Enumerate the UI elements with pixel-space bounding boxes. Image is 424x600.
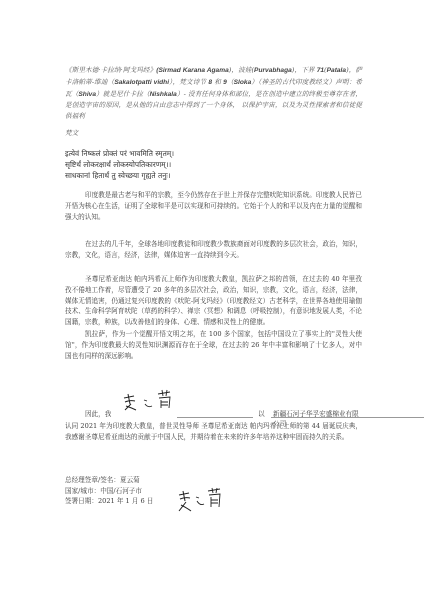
signatory-name: 总经理签章/签名：夏云菊: [65, 475, 153, 486]
verse-line: साधकानां हितार्थं तु स्वेच्छया गृह्यते त…: [65, 171, 325, 182]
citation-text: )，波娃(: [229, 66, 254, 74]
citation-text: )，下界: [292, 66, 317, 74]
scripture-citation: 《斯里木德·卡拉纳·阿戈玛经》(Sirmad Karana Agama)，波娃(…: [65, 65, 362, 122]
company-blank: [271, 417, 424, 418]
citation-text: 和: [212, 78, 223, 86]
latin-term: Purvabhaga: [254, 67, 292, 74]
attestation-line: 因此，我 以 新疆石河子华孚宏盛棉业有限公司: [65, 405, 365, 419]
attestation-connector: 以: [258, 408, 265, 418]
verse-line: सृष्टिर्थं लोकरक्षार्थं लोकस्योपतिकारणम्…: [65, 160, 325, 171]
paragraph-persecution: 在过去的几千年，全球各地印度教徒和印度教少数族裔面对印度教的多层次社会，政治，知…: [65, 239, 362, 261]
letter-page: 《斯里木德·卡拉纳·阿戈玛经》(Sirmad Karana Agama)，波娃(…: [0, 0, 424, 600]
attestation-prefix: 因此，我: [85, 408, 111, 418]
citation-text: 《斯里木德·卡拉纳·阿戈玛经》: [65, 66, 156, 74]
latin-term: Sloka: [234, 79, 252, 86]
latin-term: Nishkala: [150, 91, 177, 98]
signatory-location: 国家/城市：中国/石河子市: [65, 486, 153, 497]
citation-text: ），梵文诗节: [169, 78, 208, 86]
citation-text: ）就是尼什卡拉（: [96, 90, 150, 98]
paragraph-hinduism-peace: 印度教是最古老与和平的宗教，至今仍然存在于世上并保存完整吠陀知识系统。印度教人民…: [65, 190, 362, 222]
latin-term: Sakalotpatti vidhi: [114, 79, 169, 86]
signatory-block: 总经理签章/签名：夏云菊 国家/城市：中国/石河子市 签署日期：2021 年 1…: [65, 475, 153, 507]
signature-date: 签署日期：2021 年 1 月 6 日: [65, 496, 153, 507]
latin-term: Shiva: [78, 91, 96, 98]
verse-line: इत्येवं निष्कलं प्रोक्तं परं भावमिति स्म…: [65, 149, 325, 160]
sanskrit-verse: इत्येवं निष्कलं प्रोक्तं परं भावमिति स्म…: [65, 149, 325, 181]
handwritten-signature-2: [176, 487, 224, 513]
sanskrit-heading: 梵文: [65, 128, 362, 139]
latin-term: 71: [317, 67, 324, 74]
paragraph-kailasa: 凯拉萨，作为一个觉醒开悟文明之邦，在 100 多个国家，包括中国设立了事实上的"…: [65, 329, 362, 361]
paragraph-pontiff-work: 圣尊尼希亚南达 帕内玛希瓦上师作为印度教大教皇，凯拉萨之邦的首领，在过去的 40…: [65, 274, 362, 328]
citation-text: （: [227, 78, 234, 86]
attestation-text: 认同 2021 年为印度教大教皇，普世灵性导师 圣尊尼希亚南达 帕内玛希瓦上师的…: [65, 421, 362, 443]
signature-blank: [177, 417, 253, 418]
latin-term: (Sirmad Karana Agama: [156, 67, 229, 74]
latin-term: Patala: [327, 67, 346, 74]
